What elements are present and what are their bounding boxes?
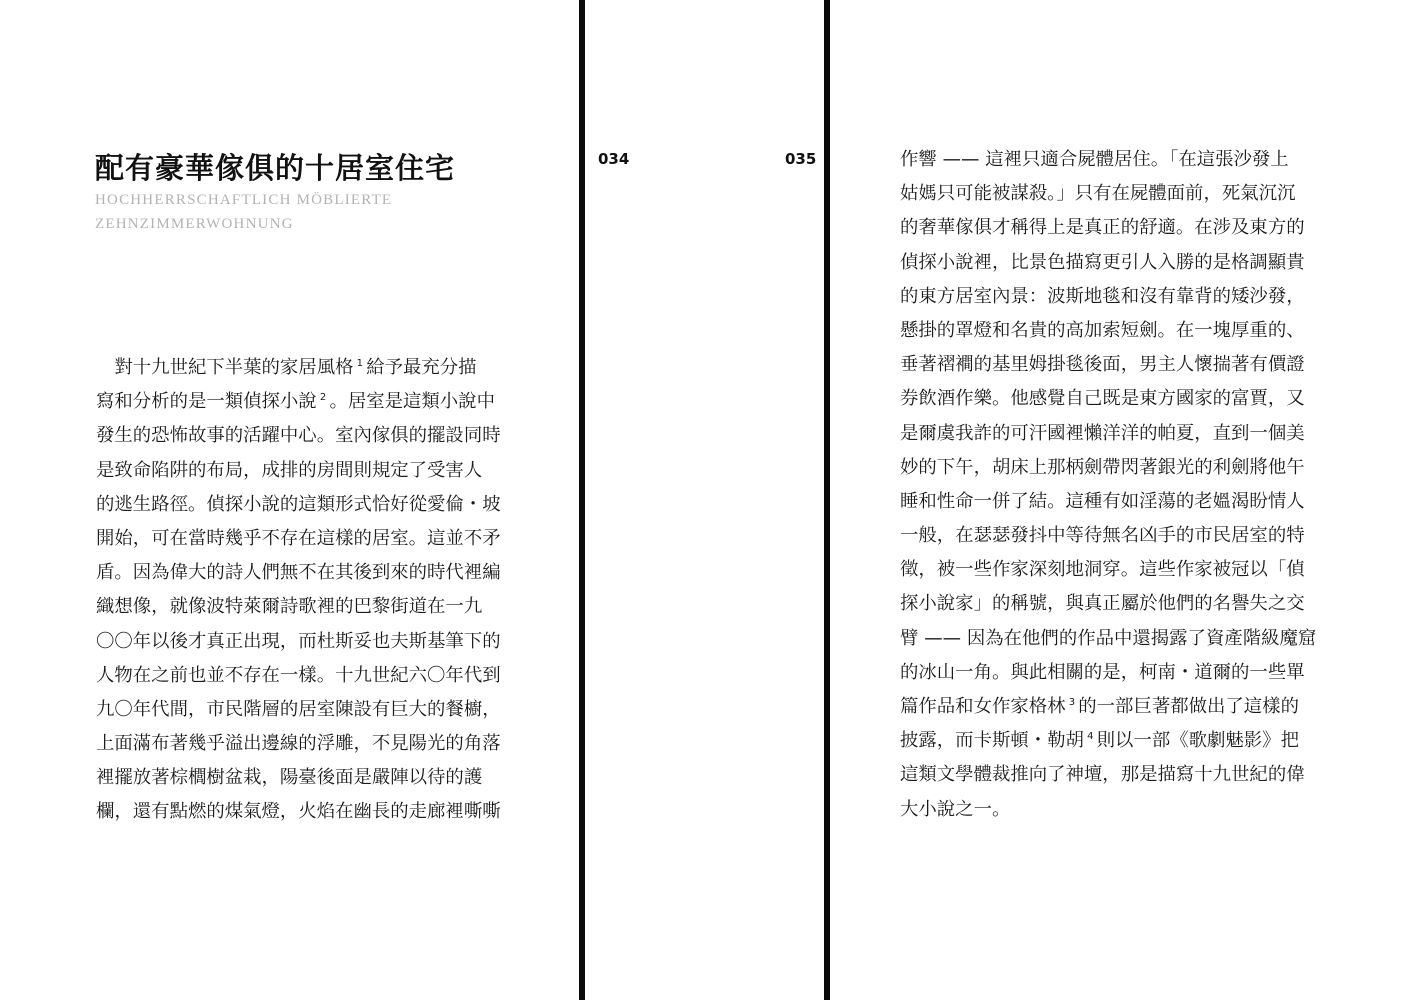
line-text: 寫和分析的是一類偵探小說 — [96, 391, 317, 412]
text-line: 的奢華傢俱才稱得上是真正的舒適。在涉及東方的 — [900, 211, 1320, 245]
line-text: 裡擺放著棕櫚樹盆栽，陽臺後面是嚴陣以待的護 — [96, 767, 482, 788]
footnote-marker: 1 — [353, 358, 366, 369]
text-line: 探小說家」的稱號，與真正屬於他們的名譽失之交 — [900, 587, 1320, 621]
line-text: 的冰山一角。與此相關的是，柯南・道爾的一些單 — [900, 662, 1305, 683]
text-line: 大小說之一。 — [900, 793, 1320, 827]
text-line: 人物在之前也並不存在一樣。十九世紀六〇年代到 — [96, 659, 516, 693]
spine-divider-left — [579, 0, 585, 1000]
text-line: 睡和性命一併了結。這種有如淫蕩的老媼渴盼情人 — [900, 485, 1320, 519]
line-text: 則以一部《歌劇魅影》把 — [1097, 730, 1299, 751]
text-line: 這類文學體裁推向了神壇，那是描寫十九世紀的偉 — [900, 758, 1320, 792]
line-text: 的東方居室內景：波斯地毯和沒有靠背的矮沙發， — [900, 286, 1305, 307]
line-text: 是爾虞我詐的可汗國裡懶洋洋的帕夏，直到一個美 — [900, 423, 1305, 444]
line-text: 這類文學體裁推向了神壇，那是描寫十九世紀的偉 — [900, 764, 1305, 785]
right-page-body: 作響 —— 這裡只適合屍體居住。「在這張沙發上姑媽只可能被謀殺。」只有在屍體面前… — [900, 143, 1320, 827]
line-text: 九〇年代間，市民階層的居室陳設有巨大的餐櫥， — [96, 699, 501, 720]
text-line: 開始，可在當時幾乎不存在這樣的居室。這並不矛 — [96, 522, 516, 556]
line-text: 大小說之一。 — [900, 799, 1010, 820]
footnote-marker: 4 — [1084, 731, 1097, 742]
line-text: 妙的下午，胡床上那柄劍帶閃著銀光的利劍將他午 — [900, 457, 1305, 478]
text-line: 寫和分析的是一類偵探小說 2 。居室是這類小說中 — [96, 385, 516, 419]
text-line: 篇作品和女作家格林 3 的一部巨著都做出了這樣的 — [900, 690, 1320, 724]
text-line: 織想像，就像波特萊爾詩歌裡的巴黎街道在一九 — [96, 590, 516, 624]
footnote-marker: 2 — [317, 392, 330, 403]
line-text: 臂 —— 因為在他們的作品中還揭露了資產階級魔窟 — [900, 628, 1316, 649]
line-text: 盾。因為偉大的詩人們無不在其後到來的時代裡編 — [96, 562, 501, 583]
text-line: 裡擺放著棕櫚樹盆栽，陽臺後面是嚴陣以待的護 — [96, 761, 516, 795]
line-text: 徵，被一些作家深刻地洞穿。這些作家被冠以「偵 — [900, 559, 1305, 580]
line-text: 披露，而卡斯頓・勒胡 — [900, 730, 1084, 751]
text-line: 〇〇年以後才真正出現，而杜斯妥也夫斯基筆下的 — [96, 625, 516, 659]
text-line: 發生的恐怖故事的活躍中心。室內傢俱的擺設同時 — [96, 419, 516, 453]
text-line: 懸掛的罩燈和名貴的高加索短劍。在一塊厚重的、 — [900, 314, 1320, 348]
line-text: 〇〇年以後才真正出現，而杜斯妥也夫斯基筆下的 — [96, 631, 501, 652]
line-text: 睡和性命一併了結。這種有如淫蕩的老媼渴盼情人 — [900, 491, 1305, 512]
text-line: 欄，還有點燃的煤氣燈，火焰在幽長的走廊裡嘶嘶 — [96, 795, 516, 829]
line-text: 券飲酒作樂。他感覺自己既是東方國家的富賈，又 — [900, 388, 1305, 409]
line-text: 的逃生路徑。偵探小說的這類形式恰好從愛倫・坡 — [96, 494, 501, 515]
line-text: 懸掛的罩燈和名貴的高加索短劍。在一塊厚重的、 — [900, 320, 1305, 341]
subtitle-line: ZEHNZIMMERWOHNUNG — [95, 212, 392, 236]
line-text: 人物在之前也並不存在一樣。十九世紀六〇年代到 — [96, 665, 501, 686]
line-text: 上面滿布著幾乎溢出邊線的浮雕，不見陽光的角落 — [96, 733, 501, 754]
line-text: 的一部巨著都做出了這樣的 — [1078, 696, 1299, 717]
text-line: 券飲酒作樂。他感覺自己既是東方國家的富賈，又 — [900, 382, 1320, 416]
text-line: 妙的下午，胡床上那柄劍帶閃著銀光的利劍將他午 — [900, 451, 1320, 485]
text-line: 盾。因為偉大的詩人們無不在其後到來的時代裡編 — [96, 556, 516, 590]
line-text: 發生的恐怖故事的活躍中心。室內傢俱的擺設同時 — [96, 425, 501, 446]
text-line: 姑媽只可能被謀殺。」只有在屍體面前，死氣沉沉 — [900, 177, 1320, 211]
page-number-left: 034 — [598, 150, 629, 168]
text-line: 是爾虞我詐的可汗國裡懶洋洋的帕夏，直到一個美 — [900, 417, 1320, 451]
line-text: 一般，在瑟瑟發抖中等待無名凶手的市民居室的特 — [900, 525, 1305, 546]
subtitle-line: HOCHHERRSCHAFTLICH MÖBLIERTE — [95, 188, 392, 212]
left-page-body: 對十九世紀下半葉的家居風格 1 給予最充分描寫和分析的是一類偵探小說 2 。居室… — [96, 351, 516, 830]
chapter-title: 配有豪華傢俱的十居室住宅 — [95, 146, 455, 187]
text-line: 作響 —— 這裡只適合屍體居住。「在這張沙發上 — [900, 143, 1320, 177]
line-text: 織想像，就像波特萊爾詩歌裡的巴黎街道在一九 — [96, 596, 482, 617]
text-line: 一般，在瑟瑟發抖中等待無名凶手的市民居室的特 — [900, 519, 1320, 553]
line-text: 欄，還有點燃的煤氣燈，火焰在幽長的走廊裡嘶嘶 — [96, 801, 501, 822]
text-line: 徵，被一些作家深刻地洞穿。這些作家被冠以「偵 — [900, 553, 1320, 587]
line-text: 。居室是這類小說中 — [329, 391, 495, 412]
text-line: 上面滿布著幾乎溢出邊線的浮雕，不見陽光的角落 — [96, 727, 516, 761]
footnote-marker: 3 — [1066, 697, 1079, 708]
line-text: 對十九世紀下半葉的家居風格 — [96, 357, 353, 378]
line-text: 姑媽只可能被謀殺。」只有在屍體面前，死氣沉沉 — [900, 183, 1295, 204]
text-line: 臂 —— 因為在他們的作品中還揭露了資產階級魔窟 — [900, 622, 1320, 656]
chapter-subtitle: HOCHHERRSCHAFTLICH MÖBLIERTE ZEHNZIMMERW… — [95, 188, 392, 236]
page-number-right: 035 — [785, 150, 816, 168]
line-text: 開始，可在當時幾乎不存在這樣的居室。這並不矛 — [96, 528, 501, 549]
spine-divider-right — [824, 0, 830, 1000]
text-line: 對十九世紀下半葉的家居風格 1 給予最充分描 — [96, 351, 516, 385]
text-line: 垂著褶襇的基里姆掛毯後面，男主人懷揣著有價證 — [900, 348, 1320, 382]
text-line: 的東方居室內景：波斯地毯和沒有靠背的矮沙發， — [900, 280, 1320, 314]
text-line: 披露，而卡斯頓・勒胡 4 則以一部《歌劇魅影》把 — [900, 724, 1320, 758]
text-line: 九〇年代間，市民階層的居室陳設有巨大的餐櫥， — [96, 693, 516, 727]
line-text: 垂著褶襇的基里姆掛毯後面，男主人懷揣著有價證 — [900, 354, 1305, 375]
text-line: 的逃生路徑。偵探小說的這類形式恰好從愛倫・坡 — [96, 488, 516, 522]
line-text: 作響 —— 這裡只適合屍體居住。「在這張沙發上 — [900, 149, 1289, 170]
line-text: 偵探小說裡，比景色描寫更引人入勝的是格調顯貴 — [900, 252, 1305, 273]
line-text: 的奢華傢俱才稱得上是真正的舒適。在涉及東方的 — [900, 217, 1305, 238]
line-text: 是致命陷阱的布局，成排的房間則規定了受害人 — [96, 460, 482, 481]
text-line: 偵探小說裡，比景色描寫更引人入勝的是格調顯貴 — [900, 246, 1320, 280]
line-text: 探小說家」的稱號，與真正屬於他們的名譽失之交 — [900, 593, 1305, 614]
line-text: 給予最充分描 — [366, 357, 476, 378]
line-text: 篇作品和女作家格林 — [900, 696, 1066, 717]
text-line: 是致命陷阱的布局，成排的房間則規定了受害人 — [96, 454, 516, 488]
text-line: 的冰山一角。與此相關的是，柯南・道爾的一些單 — [900, 656, 1320, 690]
